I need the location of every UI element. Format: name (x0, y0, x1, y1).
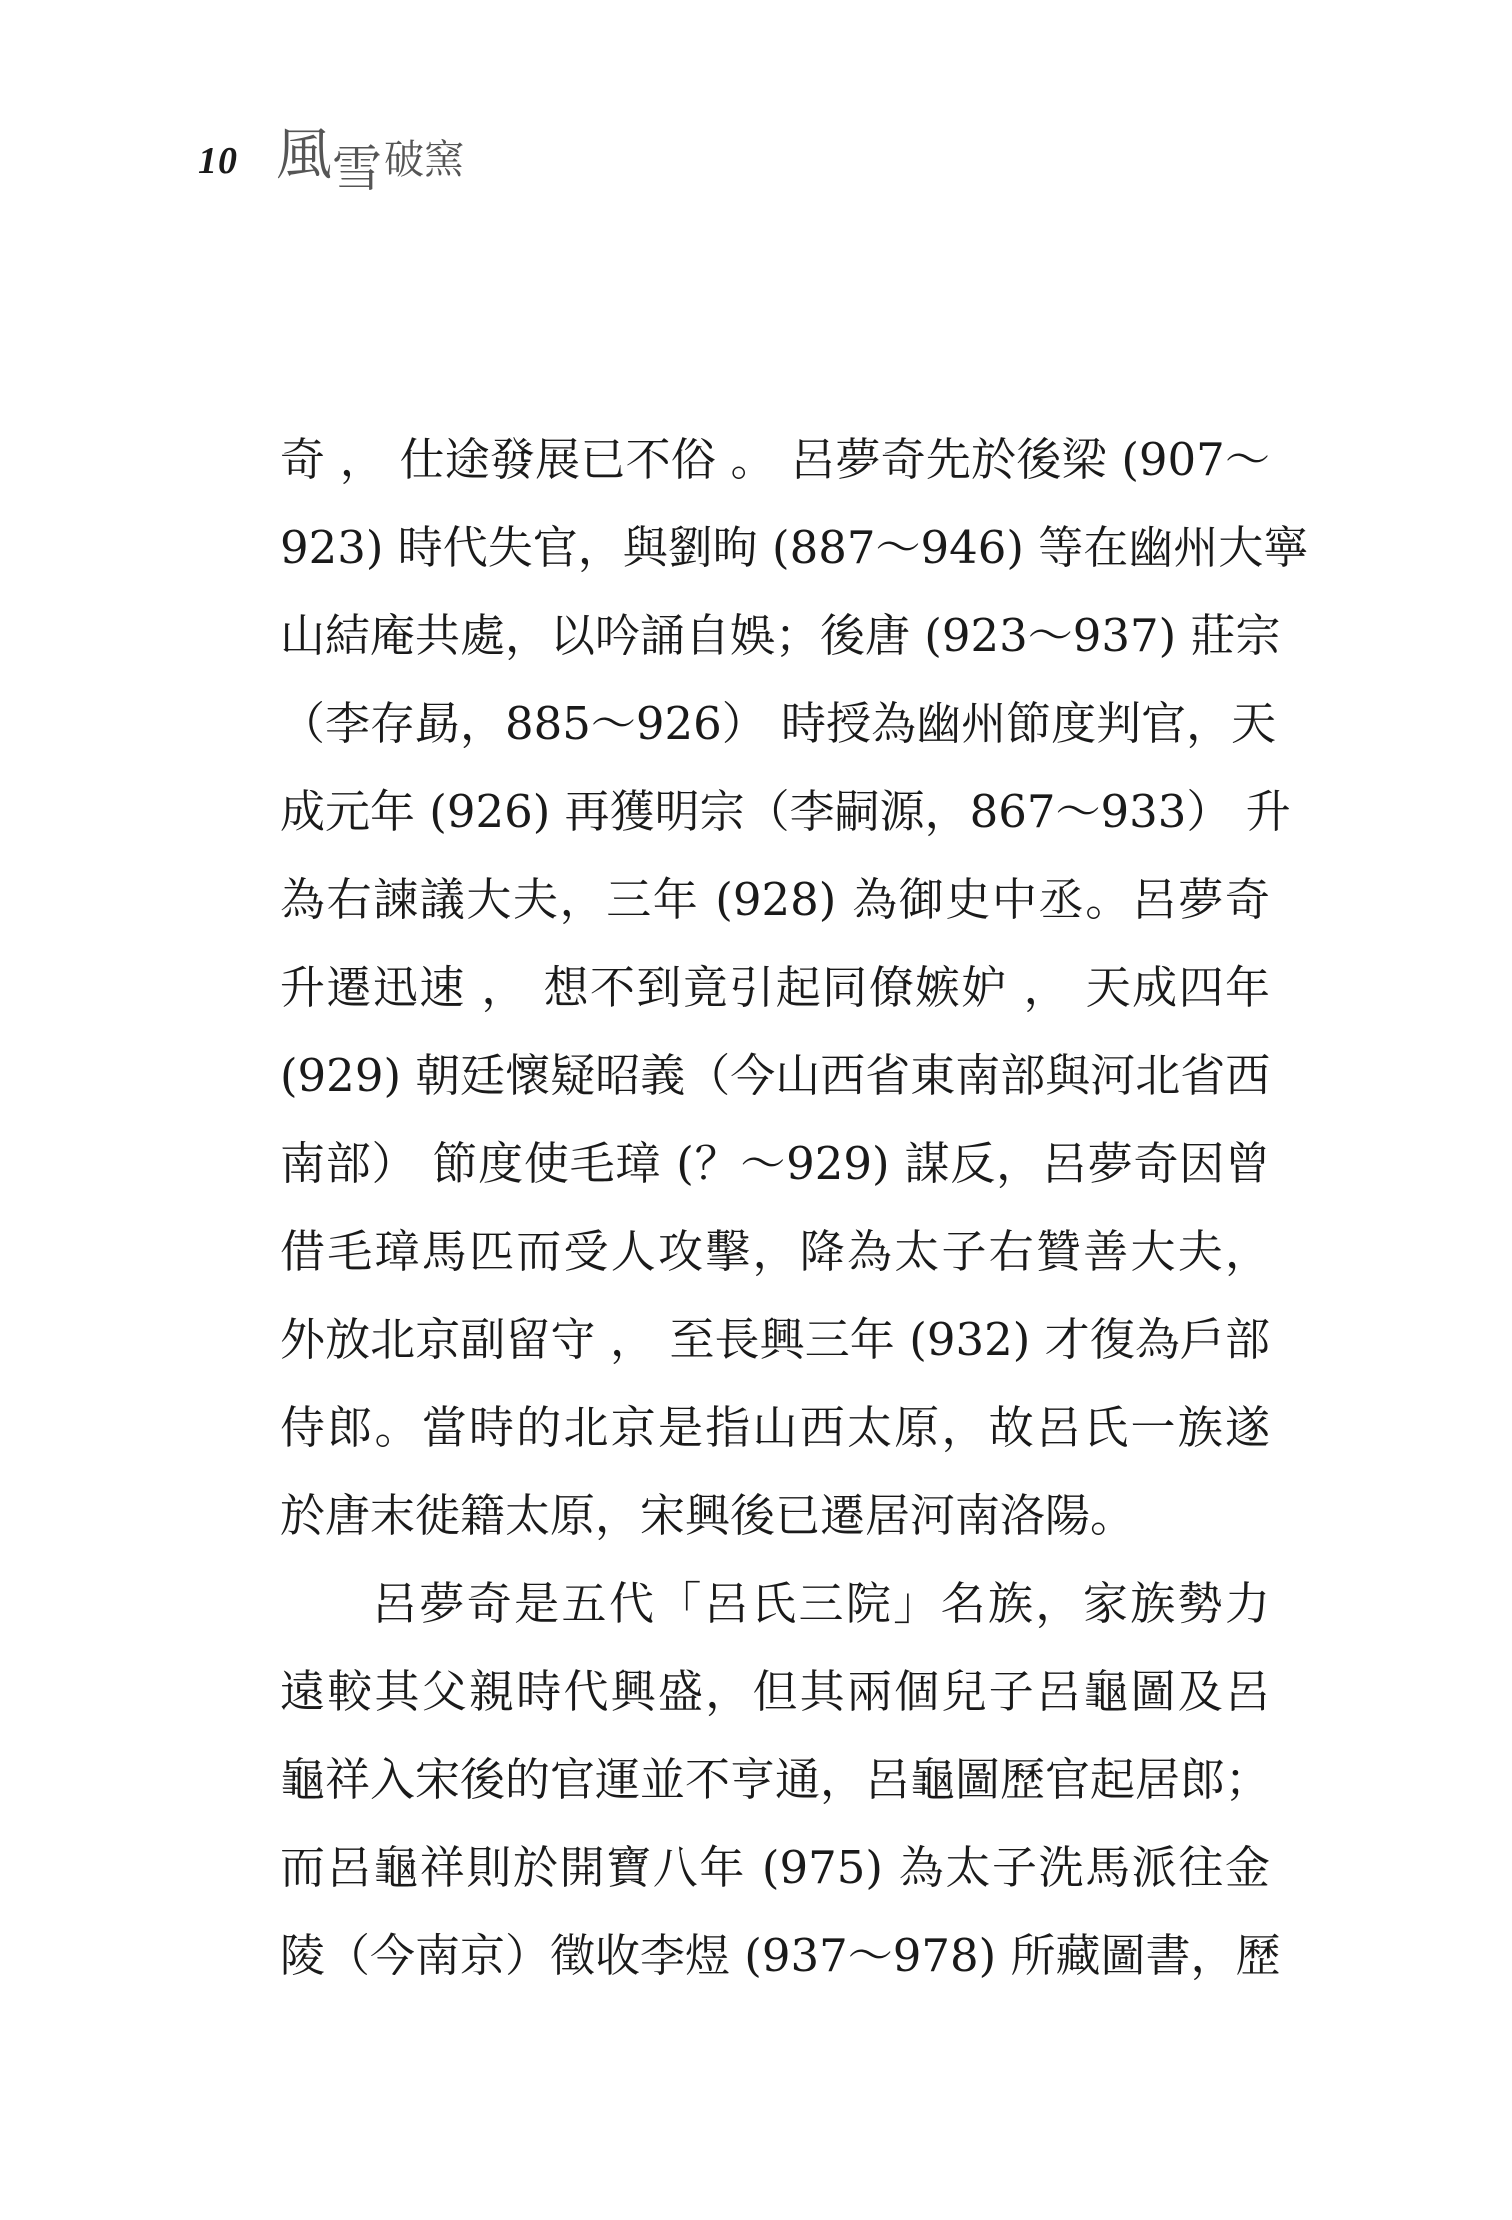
text-line: 升遷迅速 ， 想不到竟引起同僚嫉妒 ， 天成四年 (280, 956, 1270, 1044)
text-line: 南部） 節度使毛璋 (？～929) 謀反，呂夢奇因曾 (280, 1132, 1270, 1220)
paragraph-start-line: 呂夢奇是五代「呂氏三院」名族，家族勢力 (280, 1572, 1270, 1660)
text-line: (929) 朝廷懷疑昭義（今山西省東南部與河北省西 (280, 1044, 1270, 1132)
text-line: 而呂龜祥則於開寶八年 (975) 為太子洗馬派往金 (280, 1836, 1270, 1924)
text-line: （李存勗，885～926） 時授為幽州節度判官，天 (280, 692, 1270, 780)
book-title: 風 雪 破窯 (276, 128, 464, 208)
text-line: 成元年 (926) 再獲明宗（李嗣源，867～933） 升 (280, 780, 1270, 868)
text-line: 遠較其父親時代興盛，但其兩個兒子呂龜圖及呂 (280, 1660, 1270, 1748)
text-line: 龜祥入宋後的官運並不亨通，呂龜圖歷官起居郎； (280, 1748, 1270, 1836)
text-line: 外放北京副留守 ， 至長興三年 (932) 才復為戶部 (280, 1308, 1270, 1396)
paragraph-end-line: 於唐末徙籍太原，宋興後已遷居河南洛陽。 (280, 1484, 1270, 1572)
text-line: 923) 時代失官，與劉昫 (887～946) 等在幽州大寧 (280, 516, 1270, 604)
page-number: 10 (198, 142, 238, 180)
text-line: 為右諫議大夫，三年 (928) 為御史中丞。呂夢奇 (280, 868, 1270, 956)
book-title-char-1: 風 (276, 128, 332, 184)
text-line: 陵（今南京）徵收李煜 (937～978) 所藏圖書，歷 (280, 1924, 1270, 2012)
book-title-rest: 破窯 (384, 140, 464, 180)
text-line: 奇 ， 仕途發展已不俗 。 呂夢奇先於後梁 (907～ (280, 428, 1270, 516)
text-line: 借毛璋馬匹而受人攻擊，降為太子右贊善大夫， (280, 1220, 1270, 1308)
body-text: 奇 ， 仕途發展已不俗 。 呂夢奇先於後梁 (907～ 923) 時代失官，與劉… (280, 428, 1270, 2012)
book-title-char-2: 雪 (332, 144, 382, 194)
text-line: 山結庵共處，以吟誦自娛；後唐 (923～937) 莊宗 (280, 604, 1270, 692)
text-line: 侍郎。當時的北京是指山西太原，故呂氏一族遂 (280, 1396, 1270, 1484)
running-head: 10 風 雪 破窯 (198, 118, 464, 208)
